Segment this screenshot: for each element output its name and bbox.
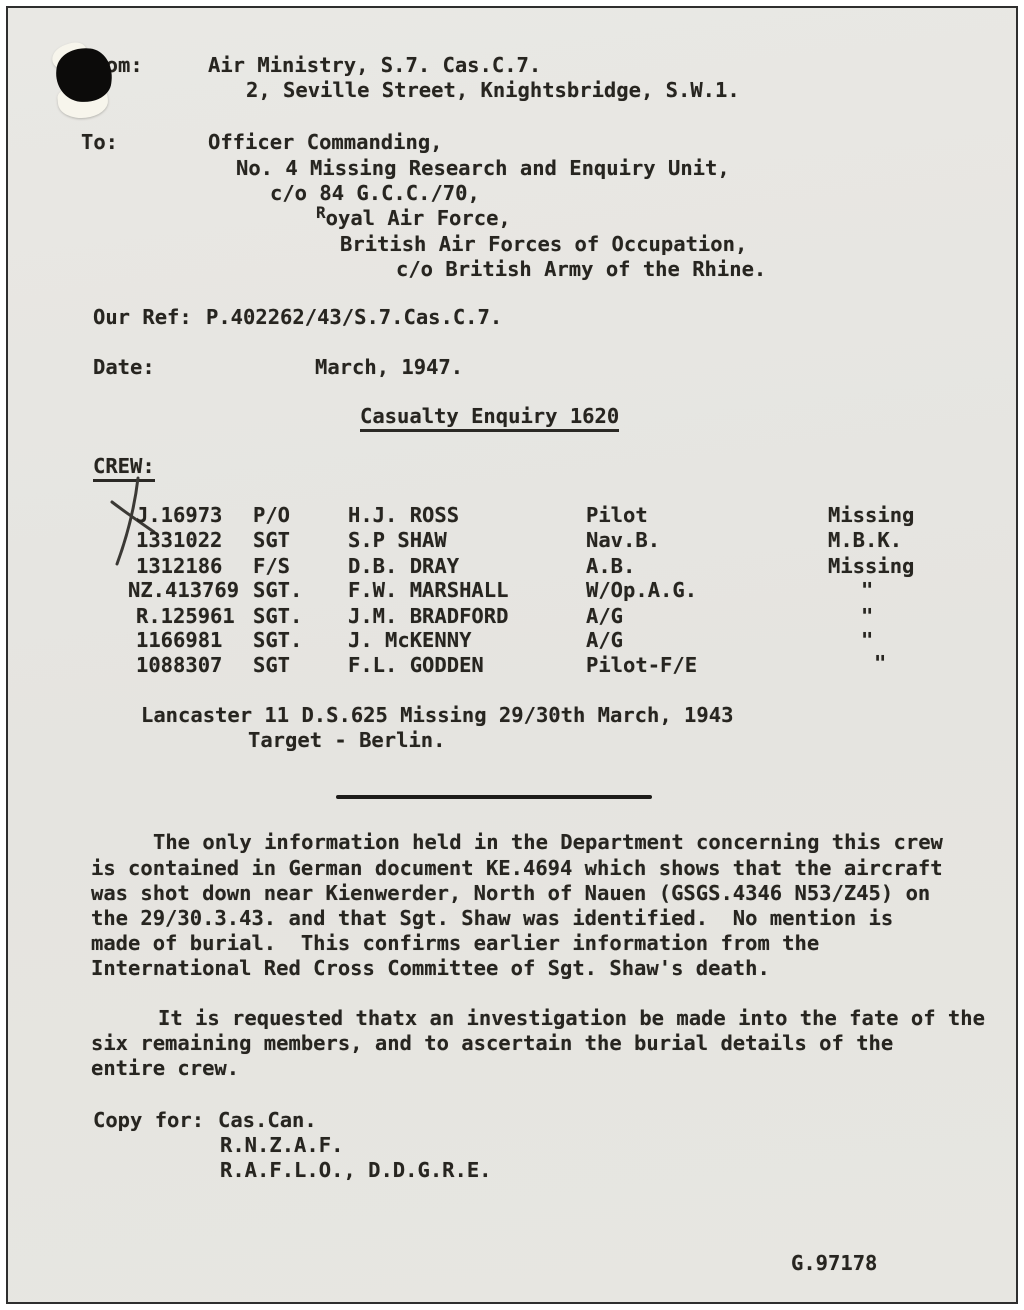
crew-service-number: 1088307 [136, 653, 222, 677]
paragraph-line: was shot down near Kienwerder, North of … [91, 881, 930, 905]
crew-name: S.P SHAW [348, 528, 447, 552]
crew-rank: P/O [253, 503, 290, 527]
paragraph-line: entire crew. [91, 1056, 239, 1080]
crew-service-number: 1331022 [136, 528, 222, 552]
crew-name: J.M. BRADFORD [348, 604, 508, 628]
crew-status-ditto: " [874, 651, 886, 675]
paragraph-line: six remaining members, and to ascertain … [91, 1031, 893, 1055]
crew-duty: A.B. [586, 554, 635, 578]
crew-duty: W/Op.A.G. [586, 578, 697, 602]
print-reference: G.97178 [791, 1251, 877, 1275]
crew-duty: Nav.B. [586, 528, 660, 552]
crew-status-ditto: " [861, 578, 873, 602]
crew-duty: A/G [586, 628, 623, 652]
date-value: March, 1947. [315, 355, 463, 379]
our-ref-value: P.402262/43/S.7.Cas.C.7. [206, 305, 502, 329]
crew-name: H.J. ROSS [348, 503, 459, 527]
copy-line-1: Cas.Can. [218, 1108, 317, 1132]
crew-status: Missing [828, 503, 914, 527]
to-line-6: c/o British Army of the Rhine. [396, 257, 766, 281]
paragraph-line: It is requested thatx an investigation b… [158, 1006, 985, 1030]
copy-for-label: Copy for: [93, 1108, 204, 1132]
document-page: From: Air Ministry, S.7. Cas.C.7. 2, Sev… [6, 6, 1018, 1304]
to-line-5: British Air Forces of Occupation, [340, 232, 747, 256]
crew-rank: SGT [253, 653, 290, 677]
our-ref-label: Our Ref: [93, 305, 192, 329]
crew-status-ditto: " [861, 604, 873, 628]
crew-status: Missing [828, 554, 914, 578]
crew-name: F.W. MARSHALL [348, 578, 508, 602]
paragraph-line: made of burial. This confirms earlier in… [91, 931, 819, 955]
from-address-line-2: 2, Seville Street, Knightsbridge, S.W.1. [246, 78, 740, 102]
crew-name: F.L. GODDEN [348, 653, 484, 677]
aircraft-line-1: Lancaster 11 D.S.625 Missing 29/30th Mar… [141, 703, 733, 727]
crew-duty: A/G [586, 604, 623, 628]
crew-duty: Pilot [586, 503, 648, 527]
crew-rank: F/S [253, 554, 290, 578]
subject-title: Casualty Enquiry 1620 [360, 404, 619, 432]
crew-service-number: 1166981 [136, 628, 222, 652]
to-line-3: c/o 84 G.C.C./70, [270, 181, 480, 205]
crew-service-number: NZ.413769 [128, 578, 239, 602]
crew-rank: SGT. [253, 628, 302, 652]
crew-rank: SGT. [253, 578, 302, 602]
to-line-1: Officer Commanding, [208, 130, 443, 154]
crew-rank: SGT. [253, 604, 302, 628]
crew-rank: SGT [253, 528, 290, 552]
crew-service-number: 1312186 [136, 554, 222, 578]
copy-line-3: R.A.F.L.O., D.D.G.R.E. [220, 1158, 492, 1182]
to-line-2: No. 4 Missing Research and Enquiry Unit, [236, 156, 730, 180]
to-label: To: [81, 130, 118, 154]
scan-frame: From: Air Ministry, S.7. Cas.C.7. 2, Sev… [0, 0, 1024, 1310]
crew-duty: Pilot-F/E [586, 653, 697, 677]
paragraph-line: The only information held in the Departm… [153, 830, 943, 854]
aircraft-line-2: Target - Berlin. [248, 728, 445, 752]
paragraph-line: the 29/30.3.43. and that Sgt. Shaw was i… [91, 906, 893, 930]
raised-letter-r: R [316, 203, 326, 222]
crew-service-number: R.125961 [136, 604, 235, 628]
crew-status: M.B.K. [828, 528, 902, 552]
paragraph-line: is contained in German document KE.4694 … [91, 856, 943, 880]
section-divider [336, 795, 652, 799]
crew-status-ditto: " [861, 628, 873, 652]
date-label: Date: [93, 355, 155, 379]
crew-name: J. McKENNY [348, 628, 471, 652]
crew-name: D.B. DRAY [348, 554, 459, 578]
copy-line-2: R.N.Z.A.F. [220, 1133, 343, 1157]
crew-service-number: J.16973 [136, 503, 222, 527]
to-line-4: Royal Air Force, [316, 206, 511, 232]
from-address-line-1: Air Ministry, S.7. Cas.C.7. [208, 53, 541, 77]
paragraph-line: International Red Cross Committee of Sgt… [91, 956, 770, 980]
